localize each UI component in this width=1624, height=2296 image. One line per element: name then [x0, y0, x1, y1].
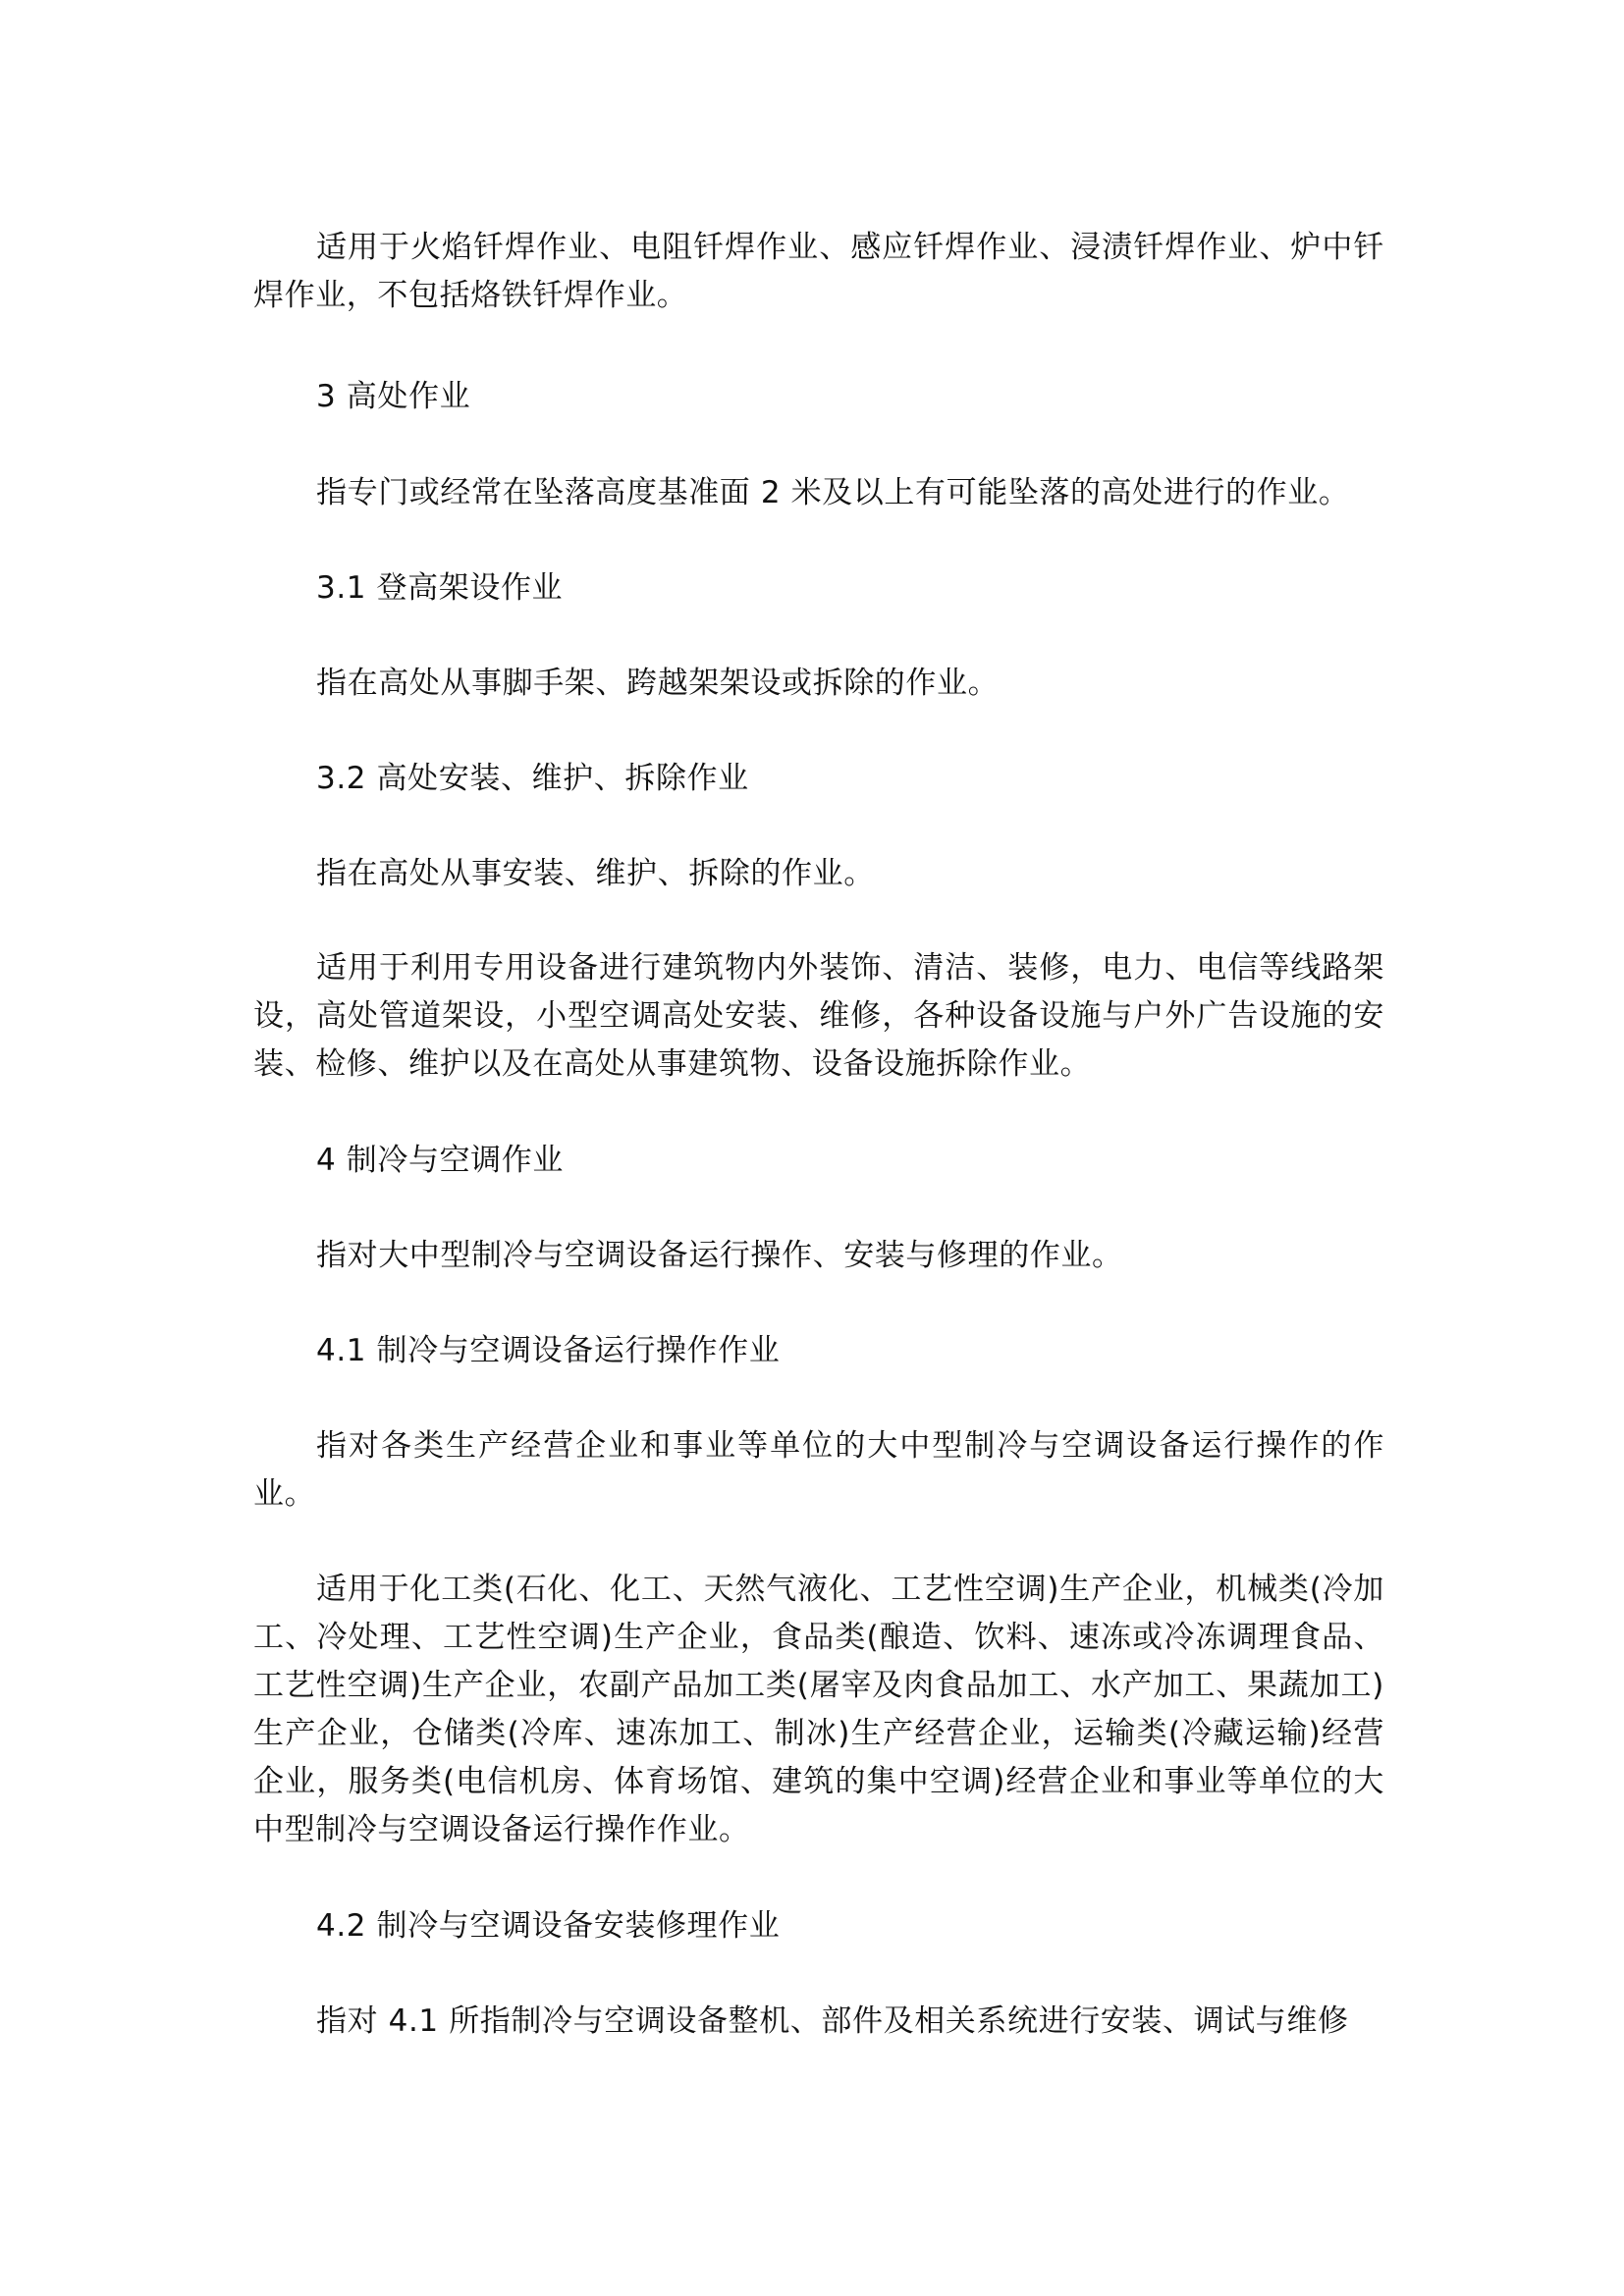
paragraph-work-at-height-definition: 指专门或经常在坠落高度基准面 2 米及以上有可能坠落的高处进行的作业。: [253, 469, 1384, 517]
heading-4-1-equipment-operation: 4.1 制冷与空调设备运行操作作业: [316, 1327, 1384, 1375]
paragraph-installation-definition: 指在高处从事安装、维护、拆除的作业。: [253, 850, 1384, 898]
paragraph-scaffolding-definition: 指在高处从事脚手架、跨越架架设或拆除的作业。: [253, 660, 1384, 708]
paragraph-operation-definition: 指对各类生产经营企业和事业等单位的大中型制冷与空调设备运行操作的作业。: [253, 1422, 1384, 1519]
paragraph-brazing-scope: 适用于火焰钎焊作业、电阻钎焊作业、感应钎焊作业、浸渍钎焊作业、炉中钎焊作业，不包…: [253, 224, 1384, 320]
heading-4-2-installation-repair: 4.2 制冷与空调设备安装修理作业: [316, 1902, 1384, 1950]
heading-4-refrigeration-air-conditioning: 4 制冷与空调作业: [316, 1137, 1384, 1185]
heading-3-work-at-height: 3 高处作业: [316, 373, 1384, 421]
paragraph-installation-repair-definition: 指对 4.1 所指制冷与空调设备整机、部件及相关系统进行安装、调试与维修: [253, 1998, 1384, 2046]
paragraph-installation-scope: 适用于利用专用设备进行建筑物内外装饰、清洁、装修，电力、电信等线路架设，高处管道…: [253, 944, 1384, 1089]
heading-3-1-scaffolding-erection: 3.1 登高架设作业: [316, 564, 1384, 613]
heading-3-2-installation-maintenance-dismantling: 3.2 高处安装、维护、拆除作业: [316, 755, 1384, 803]
paragraph-refrigeration-definition: 指对大中型制冷与空调设备运行操作、安装与修理的作业。: [253, 1232, 1384, 1280]
paragraph-operation-scope: 适用于化工类(石化、化工、天然气液化、工艺性空调)生产企业，机械类(冷加工、冷处…: [253, 1566, 1384, 1854]
